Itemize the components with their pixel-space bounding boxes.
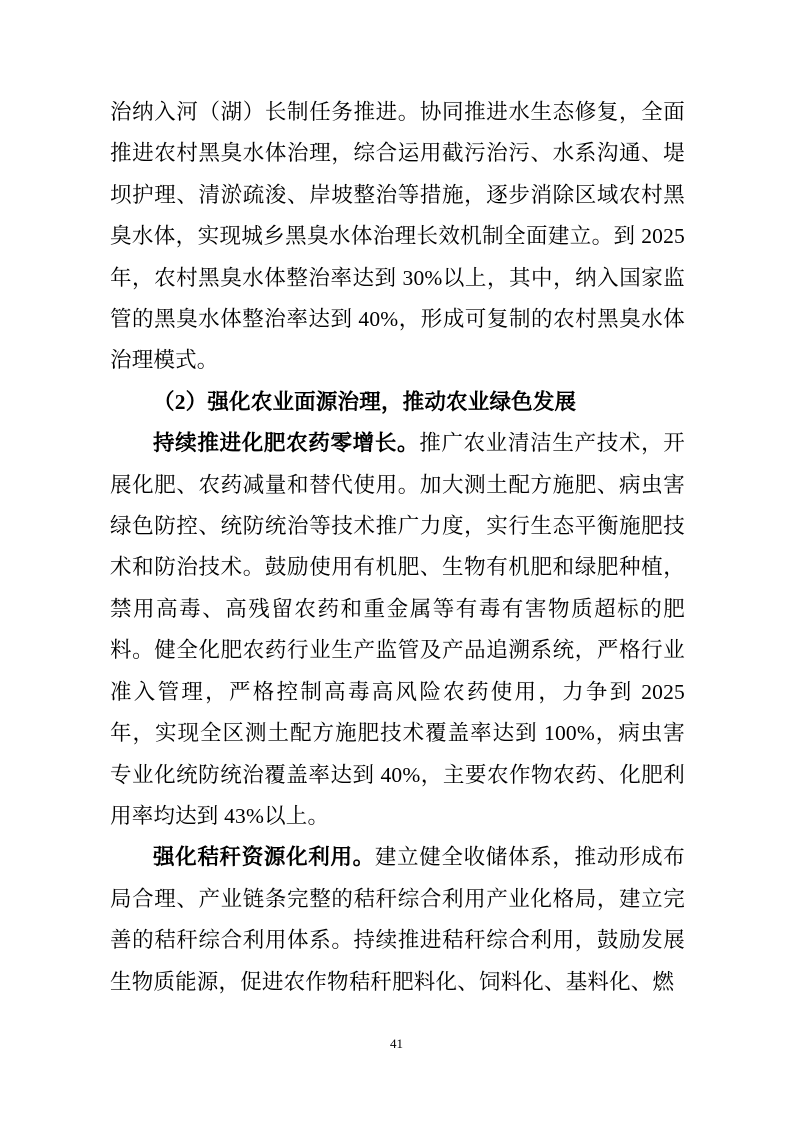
- paragraph-text: 治纳入河（湖）长制任务推进。协同推进水生态修复，全面推进农村黑臭水体治理，综合运…: [110, 100, 685, 372]
- document-page: 治纳入河（湖）长制任务推进。协同推进水生态修复，全面推进农村黑臭水体治理，综合运…: [0, 0, 793, 1122]
- paragraph-water-treatment: 治纳入河（湖）长制任务推进。协同推进水生态修复，全面推进农村黑臭水体治理，综合运…: [110, 92, 685, 382]
- paragraph-fertilizer-pesticide: 持续推进化肥农药零增长。推广农业清洁生产技术，开展化肥、农药减量和替代使用。加大…: [110, 423, 685, 837]
- section-heading: （2）强化农业面源治理，推动农业绿色发展: [110, 382, 685, 423]
- paragraph-text: 推广农业清洁生产技术，开展化肥、农药减量和替代使用。加大测土配方施肥、病虫害绿色…: [110, 431, 685, 828]
- section-heading-text: （2）强化农业面源治理，推动农业绿色发展: [153, 390, 576, 414]
- document-body: 治纳入河（湖）长制任务推进。协同推进水生态修复，全面推进农村黑臭水体治理，综合运…: [110, 92, 685, 1003]
- paragraph-lead: 持续推进化肥农药零增长。: [153, 431, 419, 455]
- page-footer: 41: [0, 1034, 793, 1054]
- paragraph-lead: 强化秸秆资源化利用。: [153, 845, 375, 869]
- page-number: 41: [390, 1036, 403, 1051]
- paragraph-straw-utilization: 强化秸秆资源化利用。建立健全收储体系，推动形成布局合理、产业链条完整的秸秆综合利…: [110, 837, 685, 1003]
